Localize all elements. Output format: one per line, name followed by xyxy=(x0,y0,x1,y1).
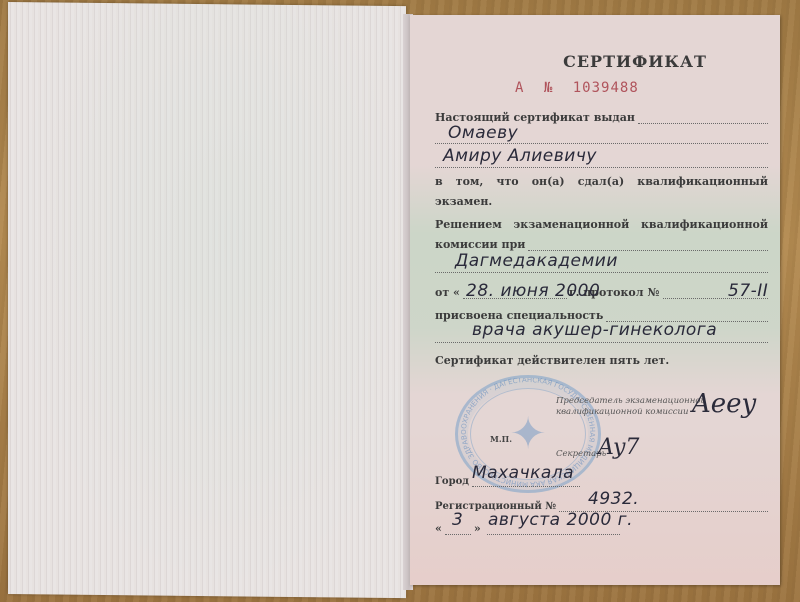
dotted-line xyxy=(638,113,768,124)
certificate-content: СЕРТИФИКАТ А № 1039488 Настоящий сертифи… xyxy=(410,15,780,585)
date-prefix: от « xyxy=(435,286,460,299)
chairman-signature: Aeey xyxy=(692,389,756,419)
dotted-line xyxy=(528,240,768,251)
chairman-label-2: квалификационной комиссии xyxy=(556,407,688,417)
surname-handwritten: Омаеву xyxy=(448,123,518,143)
commission-line: комиссии при xyxy=(435,238,768,251)
commission-handwritten: Дагмедакадемии xyxy=(455,251,618,271)
certificate-title: СЕРТИФИКАТ xyxy=(410,52,780,71)
validity-line: Сертификат действителен пять лет. xyxy=(435,354,768,367)
dotted-line xyxy=(435,143,768,144)
chairman-label-1: Председатель экзаменационной xyxy=(556,396,706,406)
passed-exam-line: в том, что он(а) сдал(а) квалификационны… xyxy=(435,175,768,188)
passed-exam-text: в том, что он(а) сдал(а) квалификационны… xyxy=(435,175,768,188)
specialty-handwritten: врача акушер-гинеколога xyxy=(472,320,717,340)
number-value: 1039488 xyxy=(573,80,639,96)
dotted-line xyxy=(435,167,768,168)
issue-date-handwritten: августа 2000 г. xyxy=(488,510,633,530)
number-sign: № xyxy=(544,80,553,96)
passed-exam-line2: экзамен. xyxy=(435,195,768,208)
dotted-line xyxy=(435,342,768,343)
issue-day-handwritten: 3 xyxy=(452,510,463,530)
exam-date-handwritten: 28. июня 2000 xyxy=(466,281,600,301)
decision-text: Решением экзаменационной квалификационно… xyxy=(435,218,768,231)
certificate-page: СЕРТИФИКАТ А № 1039488 Настоящий сертифи… xyxy=(410,15,780,585)
city-handwritten: Махачкала xyxy=(472,463,574,483)
left-blank-page xyxy=(8,2,406,598)
decision-line: Решением экзаменационной квалификационно… xyxy=(435,218,768,231)
page-tint xyxy=(8,2,406,598)
protocol-number-handwritten: 57-II xyxy=(728,281,768,301)
given-names-handwritten: Амиру Алиевичу xyxy=(443,146,597,166)
protocol-sign: № xyxy=(648,286,660,299)
registration-number-handwritten: 4932. xyxy=(588,489,639,509)
certificate-serial-number: А № 1039488 xyxy=(515,80,639,96)
commission-label: комиссии при xyxy=(435,238,525,251)
series-letter: А xyxy=(515,80,524,96)
validity-text: Сертификат действителен пять лет. xyxy=(435,354,669,367)
city-label: Город xyxy=(435,476,469,487)
dotted-line xyxy=(435,272,768,273)
secretary-signature: Ay7 xyxy=(598,435,639,460)
seal-place-label: М.П. xyxy=(490,434,512,444)
issue-date-prefix: « xyxy=(435,522,442,535)
passed-exam-text2: экзамен. xyxy=(435,195,492,208)
